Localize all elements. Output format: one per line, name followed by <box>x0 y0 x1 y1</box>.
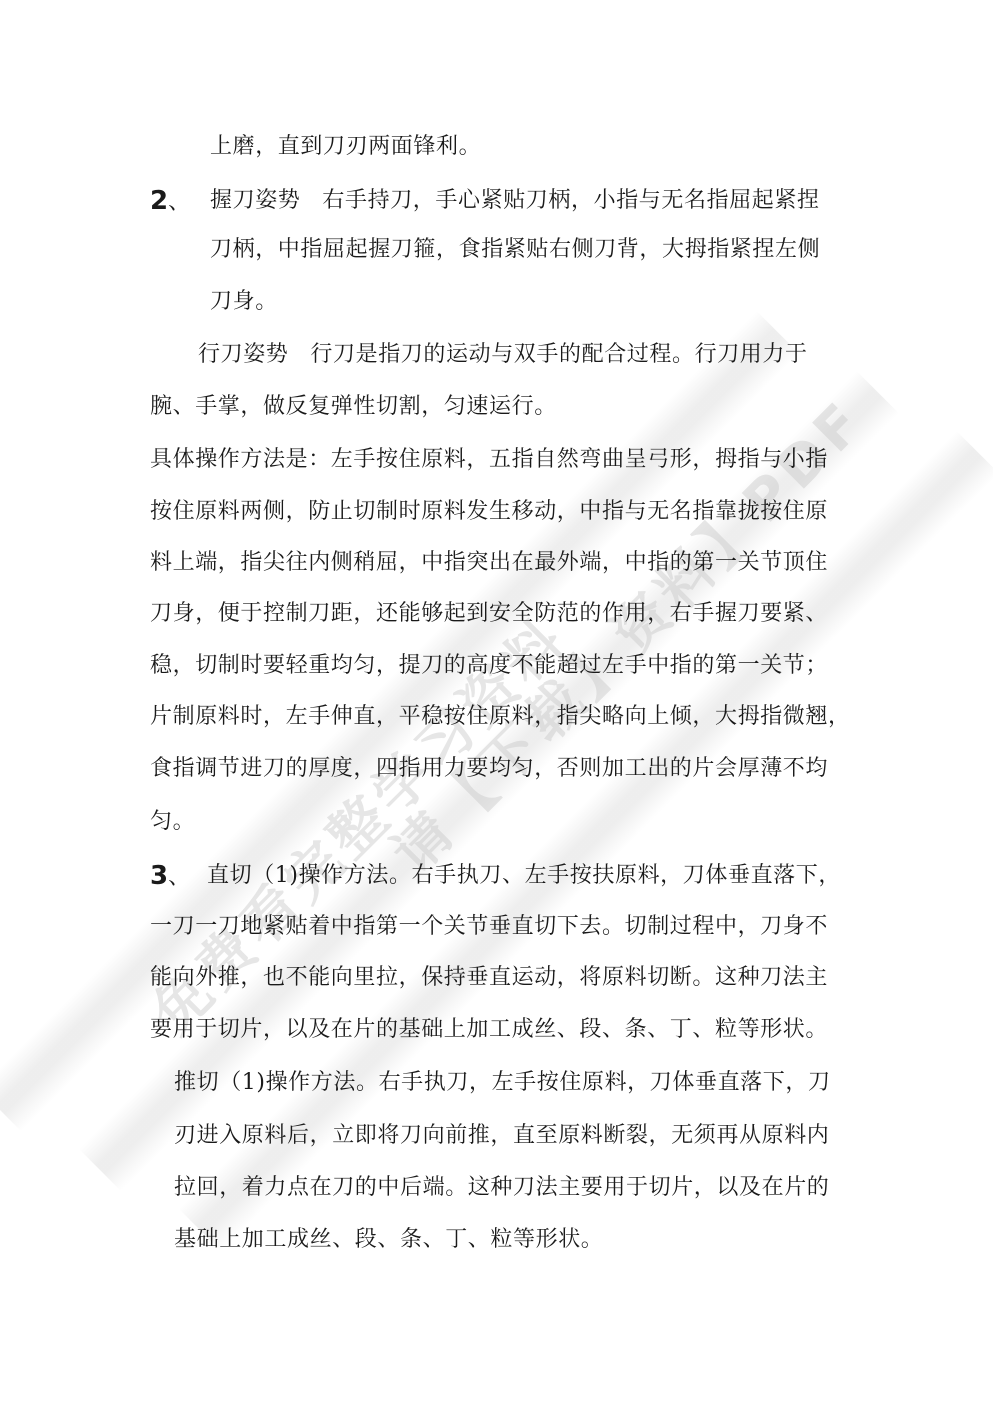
paragraph-line: 食指调节进刀的厚度，四指用力要均匀，否则加工出的片会厚薄不均 <box>150 754 828 784</box>
list-number-value: 2 <box>150 186 168 216</box>
paragraph-line: 握刀姿势右手持刀，手心紧贴刀柄，小指与无名指屈起紧捏 <box>210 186 820 216</box>
paragraph-line: 稳，切制时要轻重均匀，提刀的高度不能超过左手中指的第一关节； <box>150 651 828 681</box>
paragraph-line: 刀身。 <box>210 287 278 317</box>
paragraph-line: 拉回，着力点在刀的中后端。这种刀法主要用于切片，以及在片的 <box>174 1173 829 1203</box>
paragraph-text: 右手持刀，手心紧贴刀柄，小指与无名指屈起紧捏 <box>322 188 819 213</box>
paragraph-text: 行刀是指刀的运动与双手的配合过程。行刀用力于 <box>310 342 807 367</box>
paragraph-line: 刃进入原料后，立即将刀向前推，直至原料断裂，无须再从原料内 <box>174 1121 829 1151</box>
list-number: 3、 <box>150 861 190 893</box>
paragraph-line: 一刀一刀地紧贴着中指第一个关节垂直切下去。切制过程中，刀身不 <box>150 912 828 942</box>
watermark: 免费看完整学习资料 请【下载】资料】PDF <box>40 300 993 1200</box>
list-number: 2、 <box>150 186 190 218</box>
paragraph-line: 具体操作方法是：左手按住原料，五指自然弯曲呈弓形，拇指与小指 <box>150 445 828 475</box>
paragraph-line: 直切（1)操作方法。右手执刀、左手按扶原料，刀体垂直落下， <box>207 861 841 891</box>
paragraph-line: 片制原料时，左手伸直，平稳按住原料，指尖略向上倾，大拇指微翘， <box>150 702 851 732</box>
paragraph-line: 基础上加工成丝、段、条、丁、粒等形状。 <box>174 1225 603 1255</box>
paragraph-line: 推切（1)操作方法。右手执刀，左手按住原料，刀体垂直落下，刀 <box>174 1068 831 1098</box>
paragraph-line: 刀身，便于控制刀距，还能够起到安全防范的作用，右手握刀要紧、 <box>150 599 828 629</box>
paragraph-line: 上磨，直到刀刃两面锋利。 <box>210 132 481 162</box>
paragraph-line: 按住原料两侧，防止切制时原料发生移动，中指与无名指靠拢按住原 <box>150 497 828 527</box>
paragraph-line: 要用于切片，以及在片的基础上加工成丝、段、条、丁、粒等形状。 <box>150 1015 828 1045</box>
list-number-separator: 、 <box>168 865 190 890</box>
section-heading: 握刀姿势 <box>210 188 300 213</box>
paragraph-line: 腕、手掌，做反复弹性切割，匀速运行。 <box>150 392 557 422</box>
paragraph-line: 料上端，指尖往内侧稍屈，中指突出在最外端，中指的第一关节顶住 <box>150 548 828 578</box>
paragraph-line: 匀。 <box>150 807 195 837</box>
document-page: 免费看完整学习资料 请【下载】资料】PDF 上磨，直到刀刃两面锋利。 2、 握刀… <box>0 0 993 1404</box>
paragraph-line: 行刀姿势行刀是指刀的运动与双手的配合过程。行刀用力于 <box>198 340 808 370</box>
paragraph-line: 刀柄，中指屈起握刀箍，食指紧贴右侧刀背，大拇指紧捏左侧 <box>210 235 820 265</box>
paragraph-line: 能向外推，也不能向里拉，保持垂直运动，将原料切断。这种刀法主 <box>150 963 828 993</box>
section-heading: 行刀姿势 <box>198 342 288 367</box>
list-number-separator: 、 <box>168 190 190 215</box>
list-number-value: 3 <box>150 861 168 891</box>
